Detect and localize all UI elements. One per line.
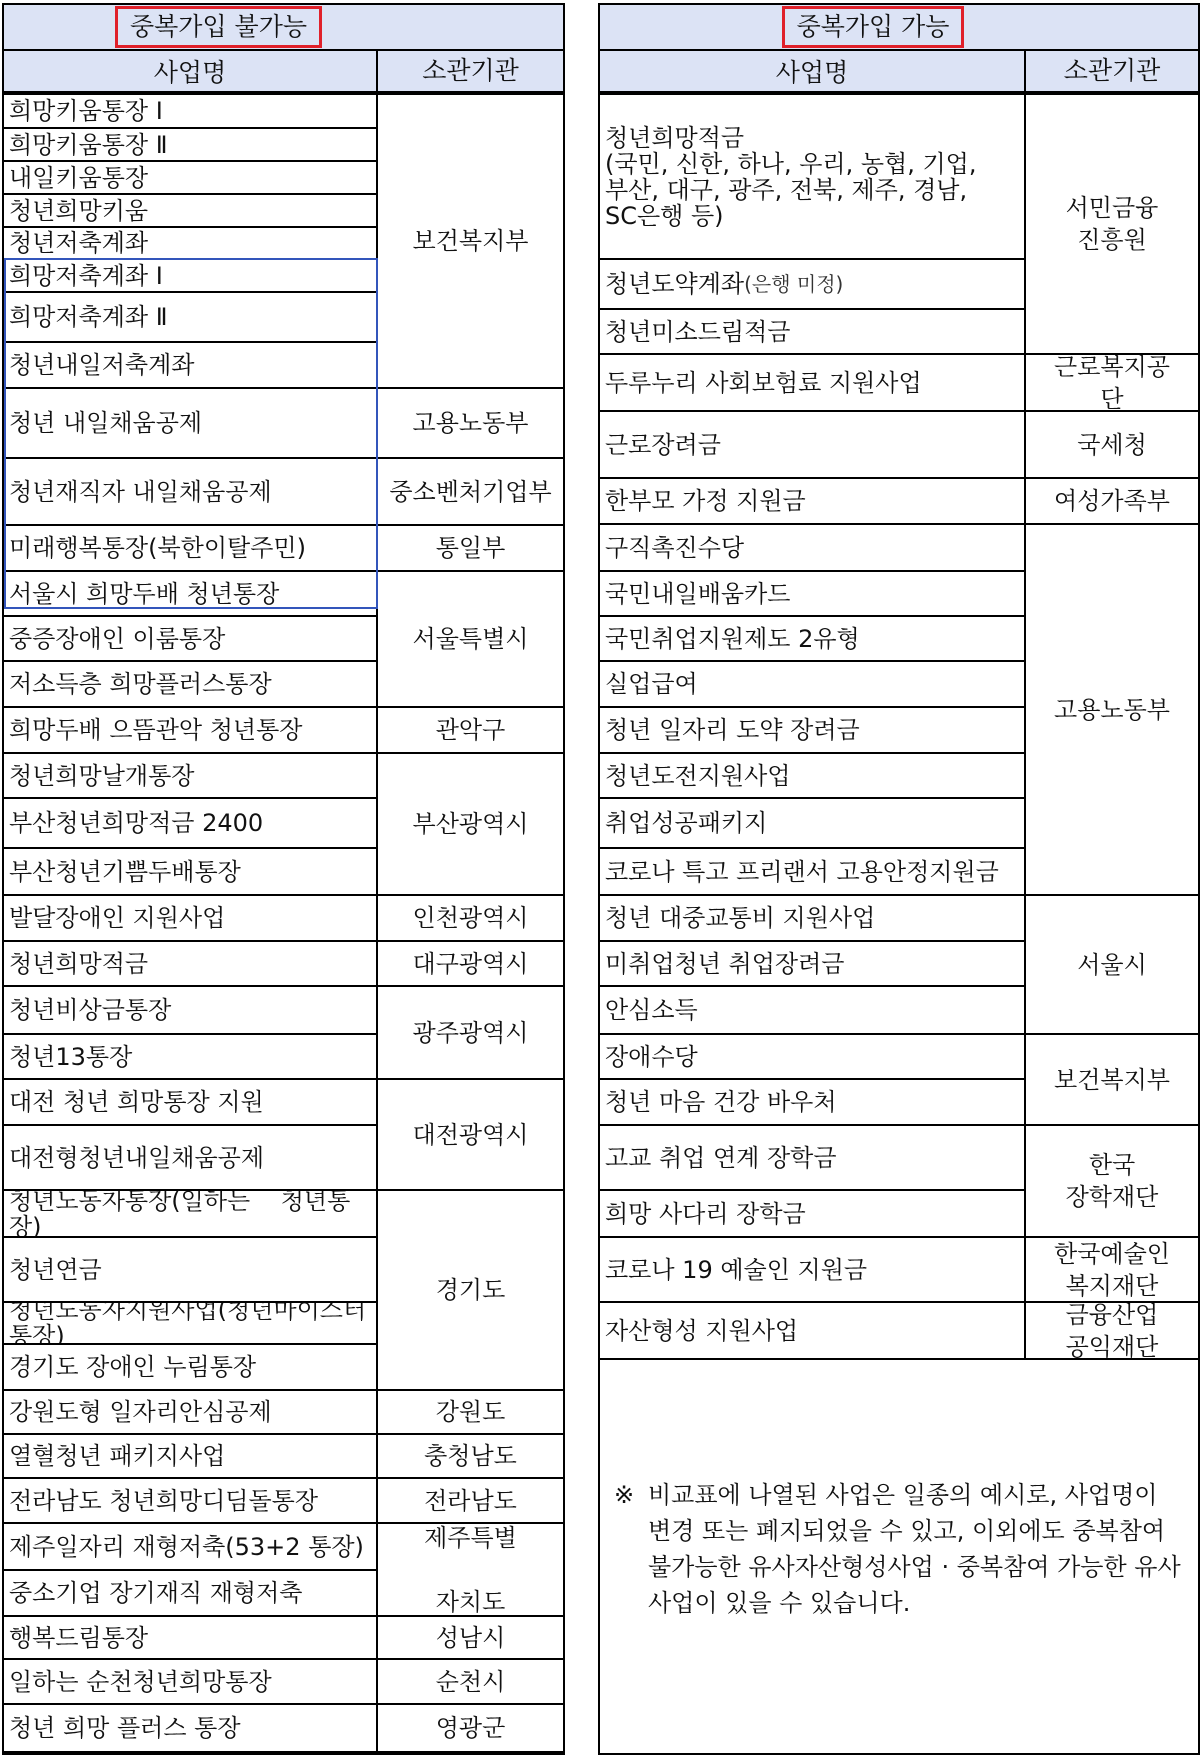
table-row-name: 장애수당: [600, 1035, 1024, 1080]
table-row-name: 일하는 순천청년희망통장: [4, 1660, 376, 1705]
left-col-org: 소관기관: [376, 51, 563, 95]
table-row-name: 한부모 가정 지원금: [600, 479, 1024, 525]
left-table: 중복가입 불가능 사업명 소관기관 희망키움통장 Ⅰ희망키움통장 Ⅱ내일키움통장…: [2, 3, 565, 1755]
table-row-name: 청년 마음 건강 바우처: [600, 1080, 1024, 1126]
table-row-name: 청년내일저축계좌: [4, 343, 376, 389]
table-row-name: 부산청년기쁨두배통장: [4, 849, 376, 896]
table-row-org: 서울특별시: [376, 572, 563, 708]
table-row-org: 성남시: [376, 1617, 563, 1660]
table-row-name: 고교 취업 연계 장학금: [600, 1126, 1024, 1191]
left-title: 중복가입 불가능: [115, 6, 322, 48]
table-row-name: 저소득층 희망플러스통장: [4, 662, 376, 708]
table-row-name: 희망키움통장 Ⅰ: [4, 95, 376, 129]
table-row-name: 희망저축계좌 Ⅱ: [4, 293, 376, 343]
table-row-name: 안심소득: [600, 987, 1024, 1035]
table-row-name: 청년희망날개통장: [4, 754, 376, 799]
table-row-name: 대전 청년 희망통장 지원: [4, 1080, 376, 1126]
table-row-name: 희망 사다리 장학금: [600, 1191, 1024, 1238]
left-col-name: 사업명: [4, 51, 376, 95]
table-row-org: 고용노동부: [1024, 525, 1198, 896]
table-row-name: 청년도전지원사업: [600, 754, 1024, 799]
table-row-name: 청년노동자지원사업(청년마이스터통장): [4, 1303, 376, 1345]
table-row-name: 제주일자리 재형저축(53+2 통장): [4, 1524, 376, 1571]
table-row-name: 내일키움통장: [4, 162, 376, 195]
table-row-name: 서울시 희망두배 청년통장: [4, 572, 376, 617]
table-row-org: 한국예술인 복지재단: [1024, 1238, 1198, 1303]
table-row-name: 청년 일자리 도약 장려금: [600, 708, 1024, 754]
table-row-name: 구직촉진수당: [600, 525, 1024, 572]
table-row-name: 열혈청년 패키지사업: [4, 1435, 376, 1479]
right-table: 중복가입 가능 사업명 소관기관 청년희망적금 (국민, 신한, 하나, 우리,…: [598, 3, 1200, 1755]
table-row-name: 자산형성 지원사업: [600, 1303, 1024, 1360]
table-row-name: 실업급여: [600, 662, 1024, 708]
table-row-org: 인천광역시: [376, 896, 563, 942]
table-row-name: 전라남도 청년희망디딤돌통장: [4, 1479, 376, 1524]
table-row-org: 국세청: [1024, 412, 1198, 479]
table-row-name: 취업성공패키지: [600, 799, 1024, 849]
table-row-org: 서울시: [1024, 896, 1198, 1035]
table-row-name: 청년재직자 내일채움공제: [4, 459, 376, 526]
table-row-org: 영광군: [376, 1705, 563, 1753]
table-row-name: 청년미소드림적금: [600, 310, 1024, 355]
table-row-name: 근로장려금: [600, 412, 1024, 479]
right-title-row: 중복가입 가능: [600, 5, 1198, 51]
table-row-org: 중소벤처기업부: [376, 459, 563, 526]
table-row-org: 한국 장학재단: [1024, 1126, 1198, 1238]
table-row-org: 통일부: [376, 526, 563, 572]
right-col-org: 소관기관: [1024, 51, 1198, 95]
table-row-name: 발달장애인 지원사업: [4, 896, 376, 942]
table-row-name: 강원도형 일자리안심공제: [4, 1391, 376, 1435]
table-row-name: 청년13통장: [4, 1035, 376, 1080]
table-row-name: 국민취업지원제도 2유형: [600, 617, 1024, 662]
table-row-org: 제주특별 자치도: [376, 1524, 563, 1617]
table-row-name: 중소기업 장기재직 재형저축: [4, 1571, 376, 1617]
table-row-org: 충청남도: [376, 1435, 563, 1479]
table-row-org: 고용노동부: [376, 389, 563, 459]
table-row-name: 부산청년희망적금 2400: [4, 799, 376, 849]
table-row-org: 대구광역시: [376, 942, 563, 987]
table-row-name: 국민내일배움카드: [600, 572, 1024, 617]
table-row-name: 행복드림통장: [4, 1617, 376, 1660]
table-row-name: 두루누리 사회보험료 지원사업: [600, 355, 1024, 412]
table-row-name: 청년 희망 플러스 통장: [4, 1705, 376, 1753]
table-row-org: 경기도: [376, 1191, 563, 1391]
table-row-org: 전라남도: [376, 1479, 563, 1524]
table-row-name: 중증장애인 이룸통장: [4, 617, 376, 662]
table-row-name: 청년희망적금 (국민, 신한, 하나, 우리, 농협, 기업, 부산, 대구, …: [600, 95, 1024, 260]
table-row-name: 희망키움통장 Ⅱ: [4, 129, 376, 162]
table-row-name: 청년노동자통장(일하는 청년통장): [4, 1191, 376, 1238]
right-col-name: 사업명: [600, 51, 1024, 95]
table-row-org: 광주광역시: [376, 987, 563, 1080]
table-row-name: 청년도약계좌(은행 미정): [600, 260, 1024, 310]
table-row-name: 미래행복통장(북한이탈주민): [4, 526, 376, 572]
table-row-name: 청년 내일채움공제: [4, 389, 376, 459]
table-row-org: 대전광역시: [376, 1080, 563, 1191]
table-row-name: 희망저축계좌 Ⅰ: [4, 260, 376, 293]
table-row-org: 여성가족부: [1024, 479, 1198, 525]
table-row-name: 대전형청년내일채움공제: [4, 1126, 376, 1191]
table-row-org: 보건복지부: [376, 95, 563, 389]
table-row-org: 보건복지부: [1024, 1035, 1198, 1126]
table-row-name: 코로나 19 예술인 지원금: [600, 1238, 1024, 1303]
table-row-name: 청년 대중교통비 지원사업: [600, 896, 1024, 942]
table-row-name: 희망두배 으뜸관악 청년통장: [4, 708, 376, 754]
table-row-name: 경기도 장애인 누림통장: [4, 1345, 376, 1391]
table-row-org: 관악구: [376, 708, 563, 754]
table-row-name: 청년희망키움: [4, 195, 376, 228]
table-row-org: 근로복지공 단: [1024, 355, 1198, 412]
table-row-org: 금융산업 공익재단: [1024, 1303, 1198, 1360]
table-row-name: 청년비상금통장: [4, 987, 376, 1035]
table-row-name: 청년희망적금: [4, 942, 376, 987]
bank-note: (은행 미정): [744, 271, 843, 297]
left-title-row: 중복가입 불가능: [4, 5, 563, 51]
table-row-name: 청년연금: [4, 1238, 376, 1303]
disclaimer-note: ※ 비교표에 나열된 사업은 일종의 예시로, 사업명이 변경 또는 폐지되었을…: [614, 1477, 1184, 1621]
table-row-org: 부산광역시: [376, 754, 563, 896]
table-row-name: 청년저축계좌: [4, 228, 376, 260]
table-row-name: 미취업청년 취업장려금: [600, 942, 1024, 987]
table-row-name: 코로나 특고 프리랜서 고용안정지원금: [600, 849, 1024, 896]
table-row-org: 강원도: [376, 1391, 563, 1435]
note-text: 비교표에 나열된 사업은 일종의 예시로, 사업명이 변경 또는 폐지되었을 수…: [614, 1477, 1184, 1621]
table-row-org: 순천시: [376, 1660, 563, 1705]
table-row-org: 서민금융 진흥원: [1024, 95, 1198, 355]
note-mark: ※: [614, 1477, 634, 1513]
right-title: 중복가입 가능: [782, 6, 965, 48]
